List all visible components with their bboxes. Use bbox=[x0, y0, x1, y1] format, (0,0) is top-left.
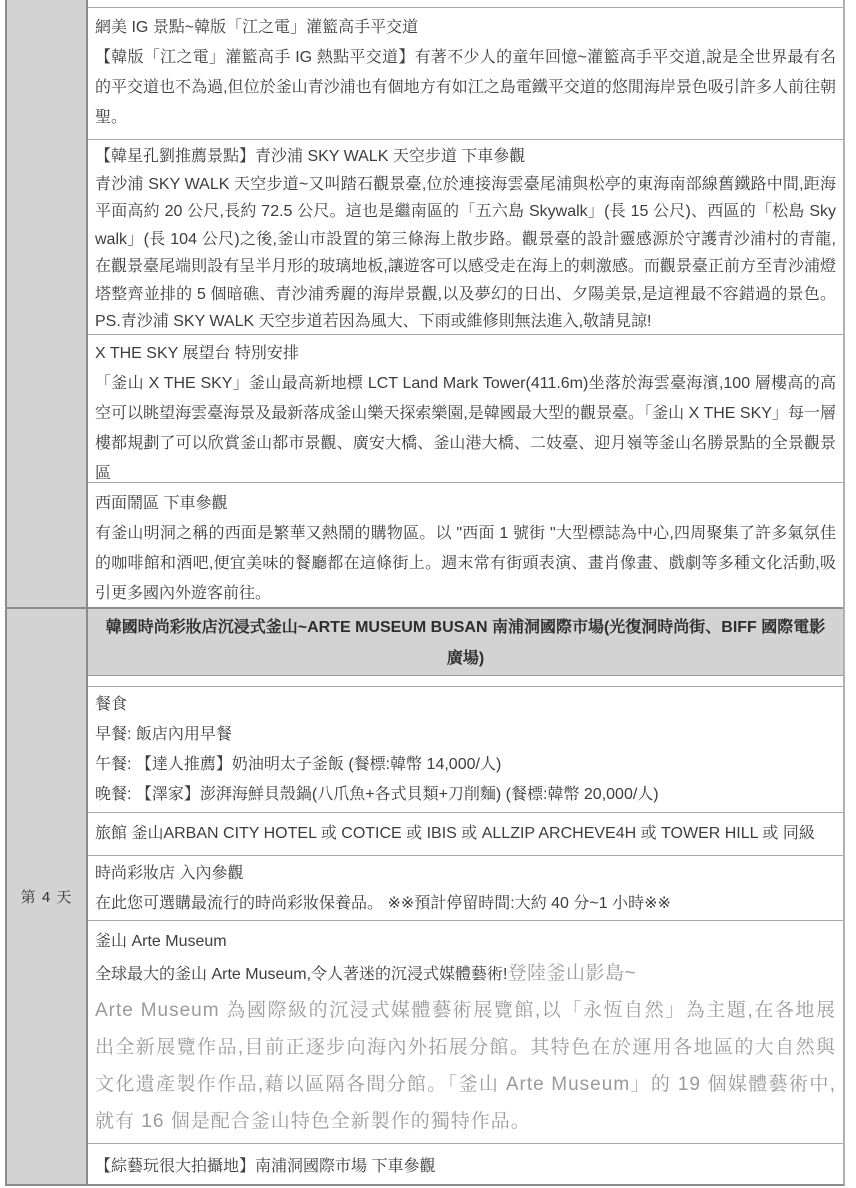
attraction-skywalk: 【韓星孔劉推薦景點】青沙浦 SKY WALK 天空步道 下車參觀 青沙浦 SKY… bbox=[88, 140, 843, 335]
meal-lunch: 午餐: 【達人推薦】奶油明太子釜飯 (餐標:韓幣 14,000/人) bbox=[95, 750, 836, 780]
day3-content: 網美 IG 景點~韓版「江之電」灌籃高手平交道 【韓版「江之電」灌籃高手 IG … bbox=[88, 0, 843, 607]
attraction-ig-crossing: 網美 IG 景點~韓版「江之電」灌籃高手平交道 【韓版「江之電」灌籃高手 IG … bbox=[88, 8, 843, 140]
attraction-description: 有釜山明洞之稱的西面是繁華又熱鬧的購物區。以 "西面 1 號街 "大型標誌為中心… bbox=[95, 519, 836, 607]
cosmetics-shop-row: 時尚彩妝店 入內參觀 在此您可選購最流行的時尚彩妝保養品。 ※※預計停留時間:大… bbox=[88, 856, 843, 921]
day4-row: 第 4 天 韓國時尚彩妝店沉浸式釜山~ARTE MUSEUM BUSAN 南浦洞… bbox=[7, 607, 843, 1184]
day4-content: 韓國時尚彩妝店沉浸式釜山~ARTE MUSEUM BUSAN 南浦洞國際市場(光… bbox=[88, 609, 843, 1184]
empty-row bbox=[88, 676, 843, 687]
arte-lead-line: 全球最大的釜山 Arte Museum,令人著迷的沉浸式媒體藝術!登陸釜山影島~ bbox=[95, 957, 836, 992]
attraction-description: 【韓版「江之電」灌籃高手 IG 熱點平交道】有著不少人的童年回憶~灌籃高手平交道… bbox=[95, 43, 836, 133]
cosmetics-description: 在此您可選購最流行的時尚彩妝保養品。 ※※預計停留時間:大約 40 分~1 小時… bbox=[95, 889, 836, 919]
meal-dinner: 晚餐: 【澤家】澎湃海鮮貝殼鍋(八爪魚+各式貝類+刀削麵) (餐標:韓幣 20,… bbox=[95, 780, 836, 810]
meals-heading: 餐食 bbox=[95, 690, 836, 720]
attraction-nampodong-market: 【綜藝玩很大拍攝地】南浦洞國際市場 下車參觀 bbox=[88, 1144, 843, 1184]
day4-label-cell: 第 4 天 bbox=[7, 609, 88, 1184]
meal-breakfast: 早餐: 飯店內用早餐 bbox=[95, 720, 836, 750]
attraction-seomyeon: 西面鬧區 下車參觀 有釜山明洞之稱的西面是繁華又熱鬧的購物區。以 "西面 1 號… bbox=[88, 483, 843, 607]
day4-title-header: 韓國時尚彩妝店沉浸式釜山~ARTE MUSEUM BUSAN 南浦洞國際市場(光… bbox=[88, 609, 843, 676]
arte-description: Arte Museum 為國際級的沉浸式媒體藝術展覽館,以「永恆自然」為主題,在… bbox=[95, 992, 836, 1140]
attraction-title: X THE SKY 展望台 特別安排 bbox=[95, 339, 836, 369]
attraction-title: 【綜藝玩很大拍攝地】南浦洞國際市場 下車參觀 bbox=[95, 1152, 836, 1182]
day3-label-cell bbox=[7, 0, 88, 607]
attraction-title: 【韓星孔劉推薦景點】青沙浦 SKY WALK 天空步道 下車參觀 bbox=[95, 143, 836, 171]
attraction-x-the-sky: X THE SKY 展望台 特別安排 「釜山 X THE SKY」釜山最高新地標… bbox=[88, 335, 843, 483]
attraction-title: 西面鬧區 下車參觀 bbox=[95, 489, 836, 519]
attraction-description: 青沙浦 SKY WALK 天空步道~又叫踏石觀景臺,位於連接海雲臺尾浦與松亭的東… bbox=[95, 171, 836, 336]
itinerary-page: 網美 IG 景點~韓版「江之電」灌籃高手平交道 【韓版「江之電」灌籃高手 IG … bbox=[0, 0, 856, 1188]
arte-title: 釜山 Arte Museum bbox=[95, 927, 836, 957]
previous-row-remnant bbox=[88, 0, 843, 8]
attraction-description: 「釜山 X THE SKY」釜山最高新地標 LCT Land Mark Towe… bbox=[95, 369, 836, 483]
attraction-title: 網美 IG 景點~韓版「江之電」灌籃高手平交道 bbox=[95, 13, 836, 43]
arte-lead-light: 登陸釜山影島~ bbox=[507, 963, 636, 984]
arte-museum-row: 釜山 Arte Museum 全球最大的釜山 Arte Museum,令人著迷的… bbox=[88, 921, 843, 1144]
hotel-row: 旅館 釜山ARBAN CITY HOTEL 或 COTICE 或 IBIS 或 … bbox=[88, 813, 843, 856]
meals-row: 餐食 早餐: 飯店內用早餐 午餐: 【達人推薦】奶油明太子釜飯 (餐標:韓幣 1… bbox=[88, 687, 843, 813]
day3-row: 網美 IG 景點~韓版「江之電」灌籃高手平交道 【韓版「江之電」灌籃高手 IG … bbox=[7, 0, 843, 607]
itinerary-table: 網美 IG 景點~韓版「江之電」灌籃高手平交道 【韓版「江之電」灌籃高手 IG … bbox=[5, 0, 845, 1186]
cosmetics-title: 時尚彩妝店 入內參觀 bbox=[95, 859, 836, 889]
day4-label: 第 4 天 bbox=[21, 886, 73, 907]
arte-lead-dark: 全球最大的釜山 Arte Museum,令人著迷的沉浸式媒體藝術! bbox=[95, 966, 507, 983]
